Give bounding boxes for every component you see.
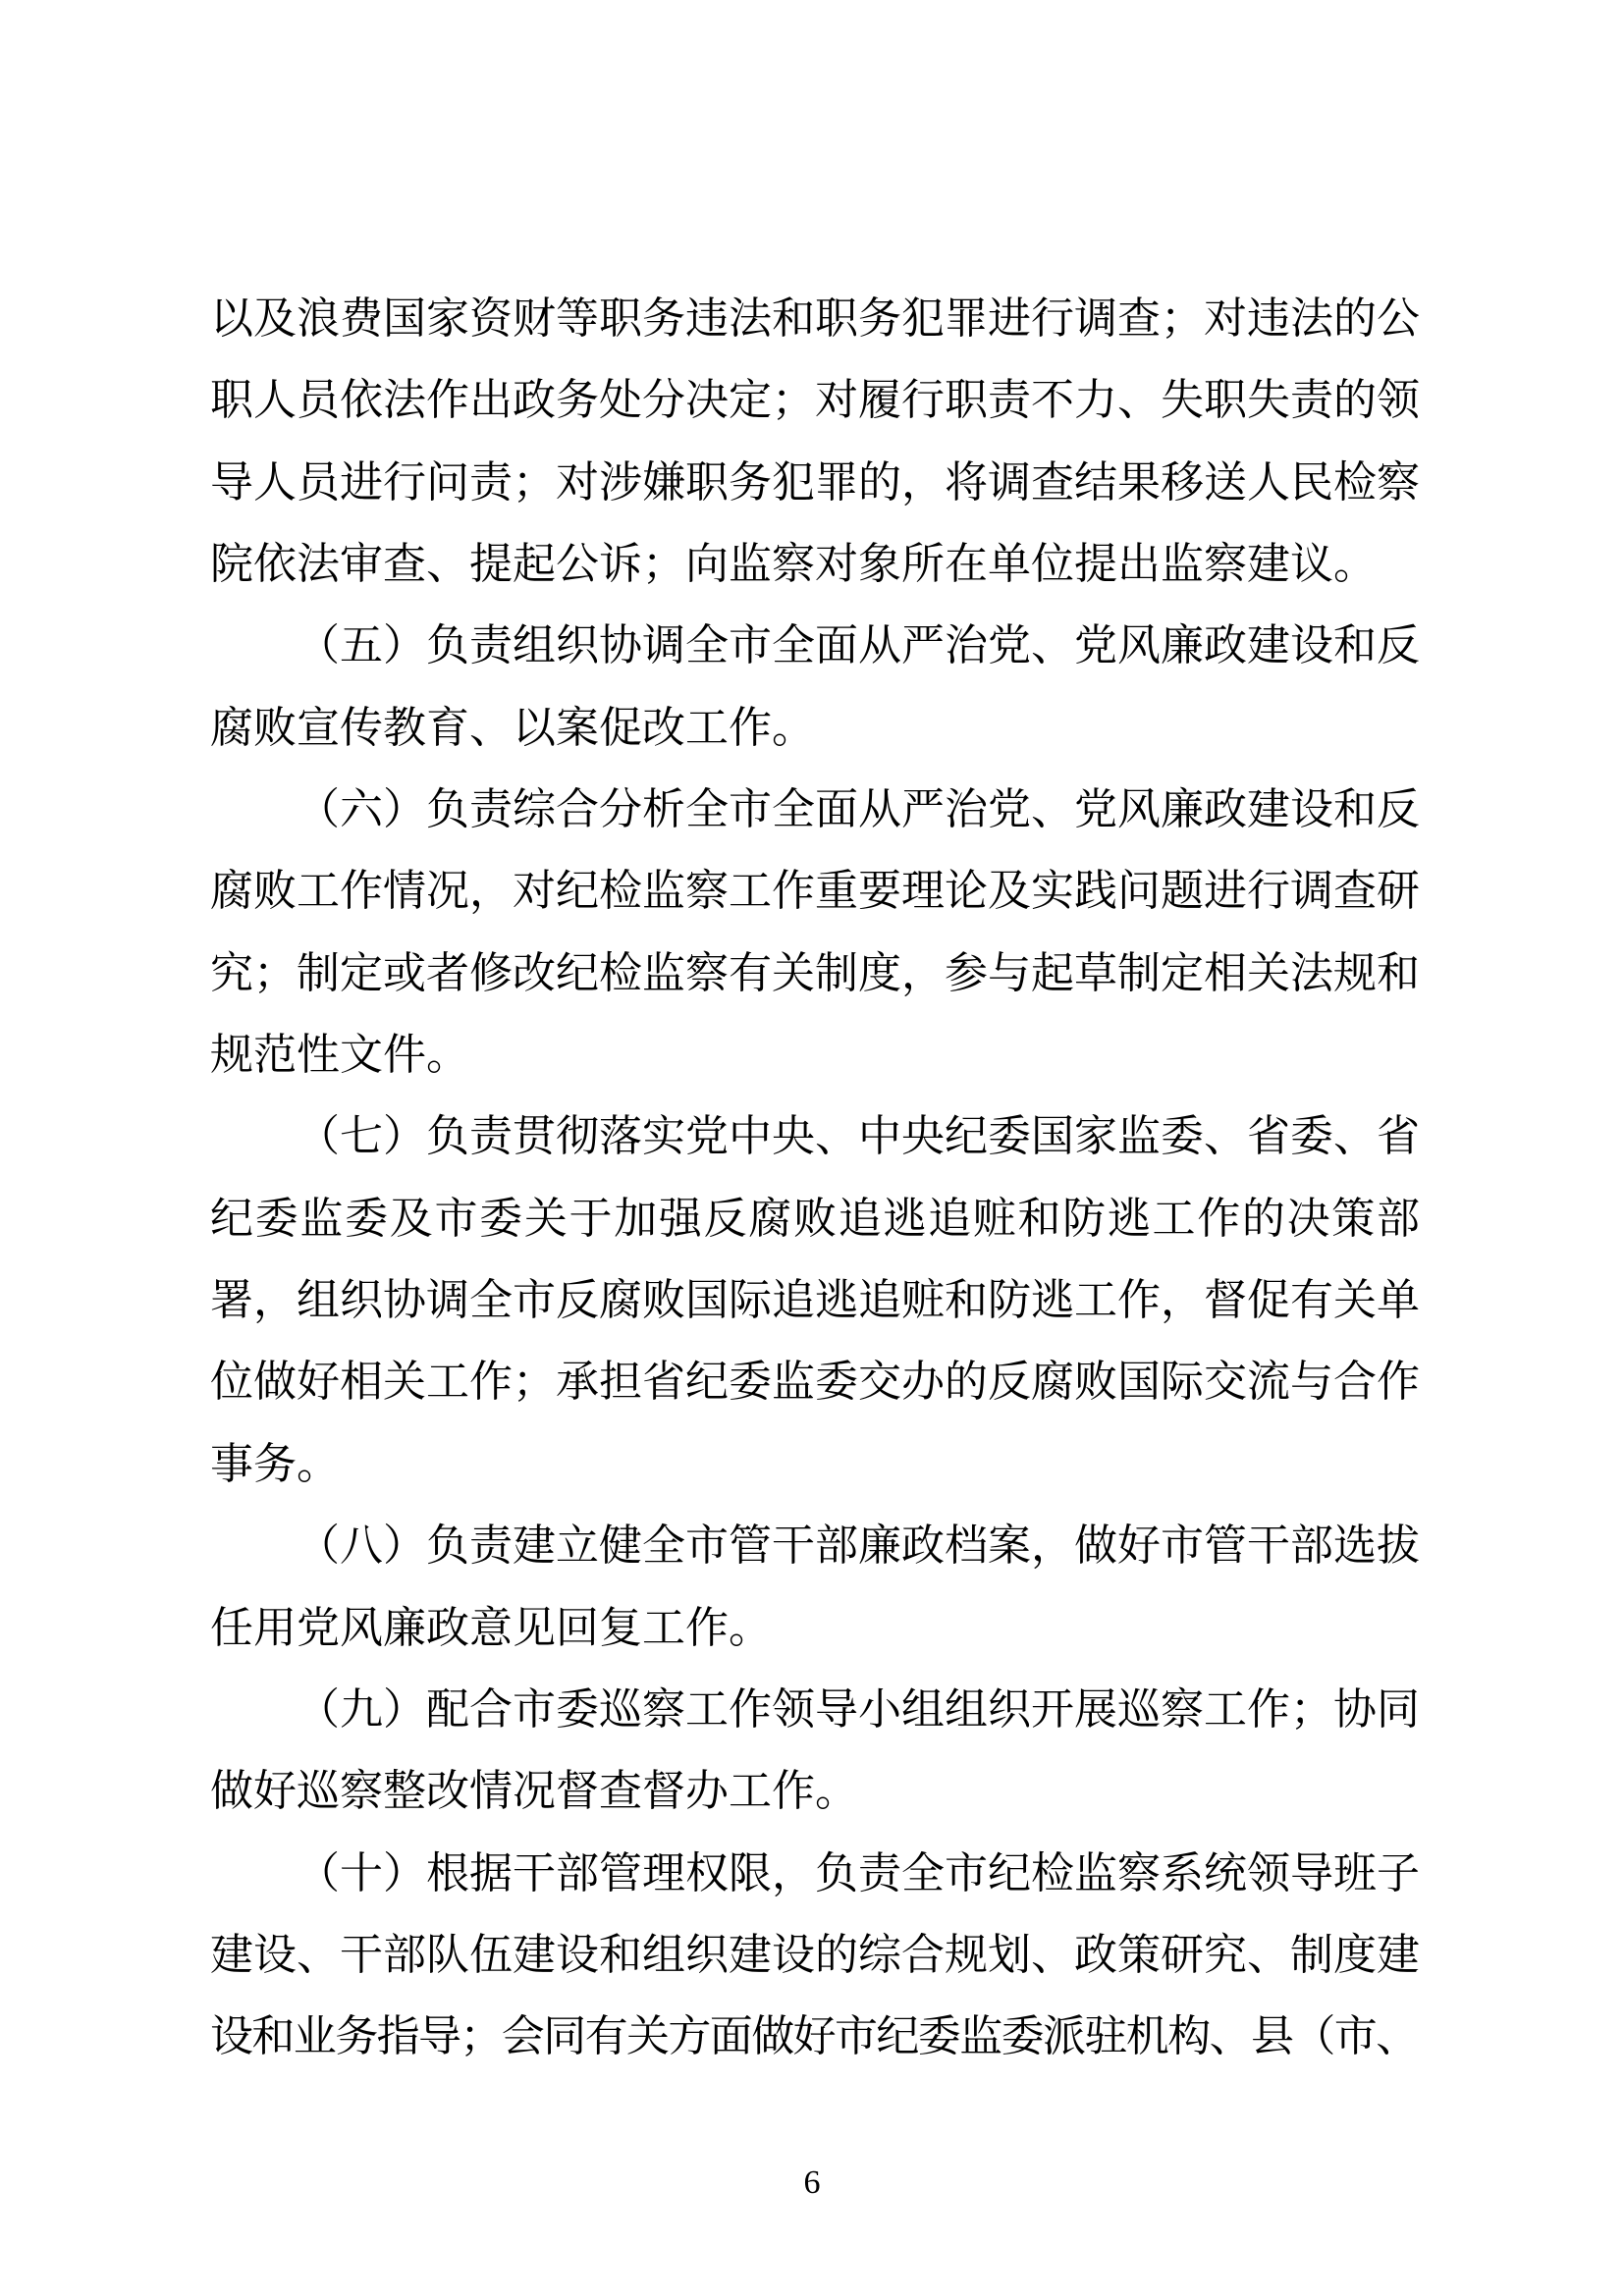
- document-page: 以及浪费国家资财等职务违法和职务犯罪进行调查；对违法的公 职人员依法作出政务处分…: [0, 0, 1624, 2296]
- text-line: 以及浪费国家资财等职务违法和职务犯罪进行调查；对违法的公: [210, 278, 1420, 359]
- text-line: 设和业务指导；会同有关方面做好市纪委监委派驻机构、县（市、: [210, 1996, 1420, 2077]
- text-line: （十）根据干部管理权限，负责全市纪检监察系统领导班子: [210, 1833, 1420, 1914]
- text-line: 究；制定或者修改纪检监察有关制度，参与起草制定相关法规和: [210, 933, 1420, 1014]
- text-line: 腐败工作情况，对纪检监察工作重要理论及实践问题进行调查研: [210, 850, 1420, 932]
- text-line: 院依法审查、提起公诉；向监察对象所在单位提出监察建议。: [210, 523, 1420, 605]
- text-line: 建设、干部队伍建设和组织建设的综合规划、政策研究、制度建: [210, 1914, 1420, 1996]
- text-line: 规范性文件。: [210, 1014, 1420, 1095]
- body-text: 以及浪费国家资财等职务违法和职务犯罪进行调查；对违法的公 职人员依法作出政务处分…: [210, 278, 1420, 2078]
- text-line: 做好巡察整改情况督查督办工作。: [210, 1750, 1420, 1832]
- text-line: （八）负责建立健全市管干部廉政档案，做好市管干部选拔: [210, 1505, 1420, 1586]
- text-line: （五）负责组织协调全市全面从严治党、党风廉政建设和反: [210, 605, 1420, 686]
- text-line: 事务。: [210, 1423, 1420, 1505]
- text-line: 任用党风廉政意见回复工作。: [210, 1587, 1420, 1669]
- text-line: 署，组织协调全市反腐败国际追逃追赃和防逃工作，督促有关单: [210, 1259, 1420, 1341]
- text-line: 职人员依法作出政务处分决定；对履行职责不力、失职失责的领: [210, 359, 1420, 441]
- text-line: （七）负责贯彻落实党中央、中央纪委国家监委、省委、省: [210, 1095, 1420, 1177]
- text-line: 导人员进行问责；对涉嫌职务犯罪的，将调查结果移送人民检察: [210, 442, 1420, 523]
- text-line: （九）配合市委巡察工作领导小组组织开展巡察工作；协同: [210, 1669, 1420, 1750]
- text-line: 位做好相关工作；承担省纪委监委交办的反腐败国际交流与合作: [210, 1341, 1420, 1422]
- text-line: 纪委监委及市委关于加强反腐败追逃追赃和防逃工作的决策部: [210, 1178, 1420, 1259]
- page-number: 6: [0, 2163, 1624, 2203]
- text-line: 腐败宣传教育、以案促改工作。: [210, 687, 1420, 769]
- text-line: （六）负责综合分析全市全面从严治党、党风廉政建设和反: [210, 769, 1420, 850]
